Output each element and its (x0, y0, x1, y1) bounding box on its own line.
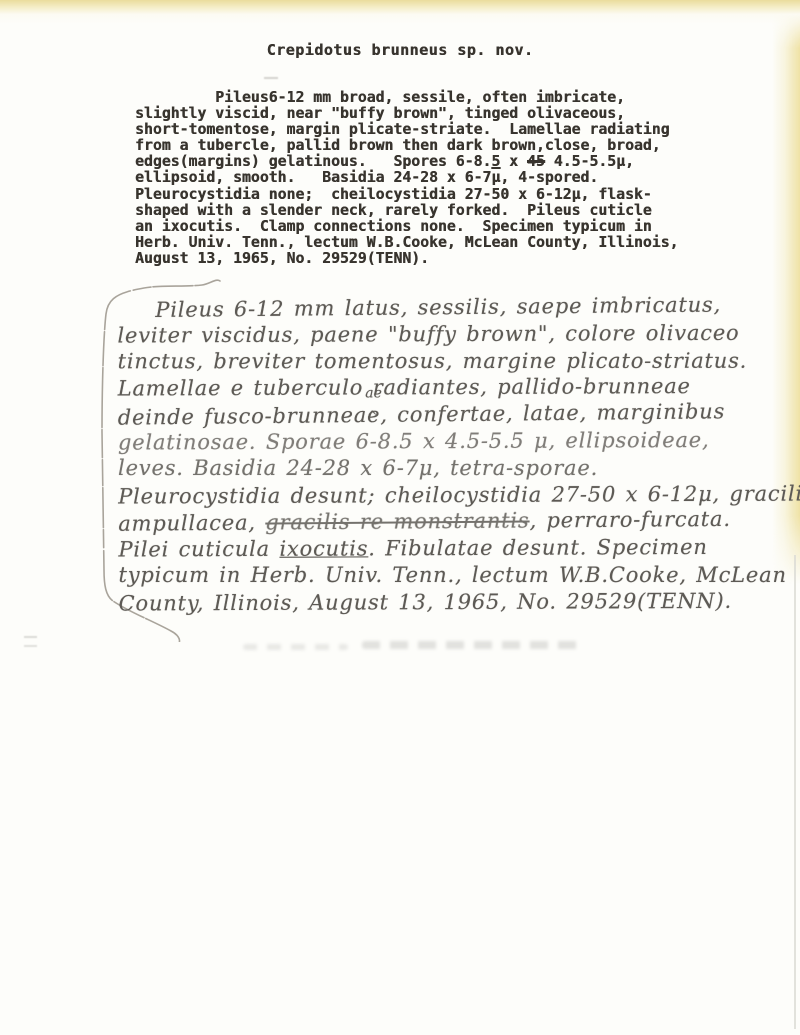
handwritten-line: leviter viscidus, paene "buffy brown", c… (117, 319, 800, 349)
handwritten-latin-diagnosis: Pileus 6-12 mm latus, sessilis, saepe im… (117, 292, 800, 617)
handwritten-segment: Pilei cuticula (118, 537, 279, 562)
typed-segment: edges(margins) gelatinous. Spores 6-8. (135, 153, 491, 170)
typed-underlined-digit: 5 (491, 153, 500, 170)
handwritten-underlined-word: ixocutis (279, 537, 368, 561)
typed-line: Pileus6-12 mm broad, sessile, often imbr… (135, 90, 715, 106)
handwritten-segment: , perraro-furcata. (529, 507, 730, 533)
handwritten-line: leves. Basidia 24-28 x 6-7μ, tetra-spora… (118, 455, 800, 482)
typed-line: an ixocutis. Clamp connections none. Spe… (135, 219, 715, 235)
handwritten-line: typicum in Herb. Univ. Tenn., lectum W.B… (119, 562, 800, 589)
handwritten-line-with-strikeout: ampullacea, gracilis re monstrantis, per… (118, 506, 800, 538)
ink-bleed-artifact (362, 641, 580, 649)
handwritten-segment: ampullacea, (118, 511, 265, 536)
handwritten-line: County, Illinois, August 13, 1965, No. 2… (119, 587, 800, 617)
typed-struck-out-digits: 45 (527, 153, 545, 170)
scanned-document-page: Crepidotus brunneus sp. nov. Pileus6-12 … (0, 0, 800, 1035)
handwritten-line: gelatinosae. Sporae 6-8.5 x 4.5-5.5 μ, e… (118, 426, 800, 456)
typed-description-paragraph: Pileus6-12 mm broad, sessile, often imbr… (135, 90, 715, 267)
typed-line: Herb. Univ. Tenn., lectum W.B.Cooke, McL… (135, 235, 715, 251)
scan-edge-line (794, 555, 796, 1029)
typed-segment: 4.5-5.5μ, (545, 153, 634, 170)
ink-bleed-artifact (243, 644, 348, 650)
typed-line: ellipsoid, smooth. Basidia 24-28 x 6-7μ,… (135, 170, 715, 186)
typed-line: from a tubercle, pallid brown then dark … (135, 138, 715, 154)
stray-pencil-mark (24, 636, 37, 647)
handwritten-line-with-underline: Pilei cuticula ixocutis. Fibulatae desun… (118, 534, 800, 564)
handwritten-segment: radiantes, pallido-brunneae (363, 374, 691, 399)
handwritten-line: tinctus, breviter tomentosus, margine pl… (118, 347, 800, 374)
aged-paper-top-edge (0, 0, 800, 24)
handwritten-crossed-out-words: gracilis re monstrantis (265, 509, 529, 535)
typed-line: August 13, 1965, No. 29529(TENN). (135, 251, 715, 267)
typed-line: slightly viscid, near "buffy brown", tin… (135, 106, 715, 122)
handwritten-segment: . Fibulatae desunt. Specimen (368, 535, 707, 560)
typed-line: Pleurocystidia none; cheilocystidia 27-5… (135, 187, 715, 203)
species-title: Crepidotus brunneus sp. nov. (0, 41, 800, 59)
typed-segment: x (500, 153, 527, 170)
typed-line-spores: edges(margins) gelatinous. Spores 6-8.5 … (135, 154, 715, 170)
typed-line: short-tomentose, margin plicate-striate.… (135, 122, 715, 138)
stray-pencil-dash (264, 77, 278, 79)
handwritten-segment: Lamellae e tuberculo (118, 376, 364, 401)
typed-line: shaped with a slender neck, rarely forke… (135, 203, 715, 219)
